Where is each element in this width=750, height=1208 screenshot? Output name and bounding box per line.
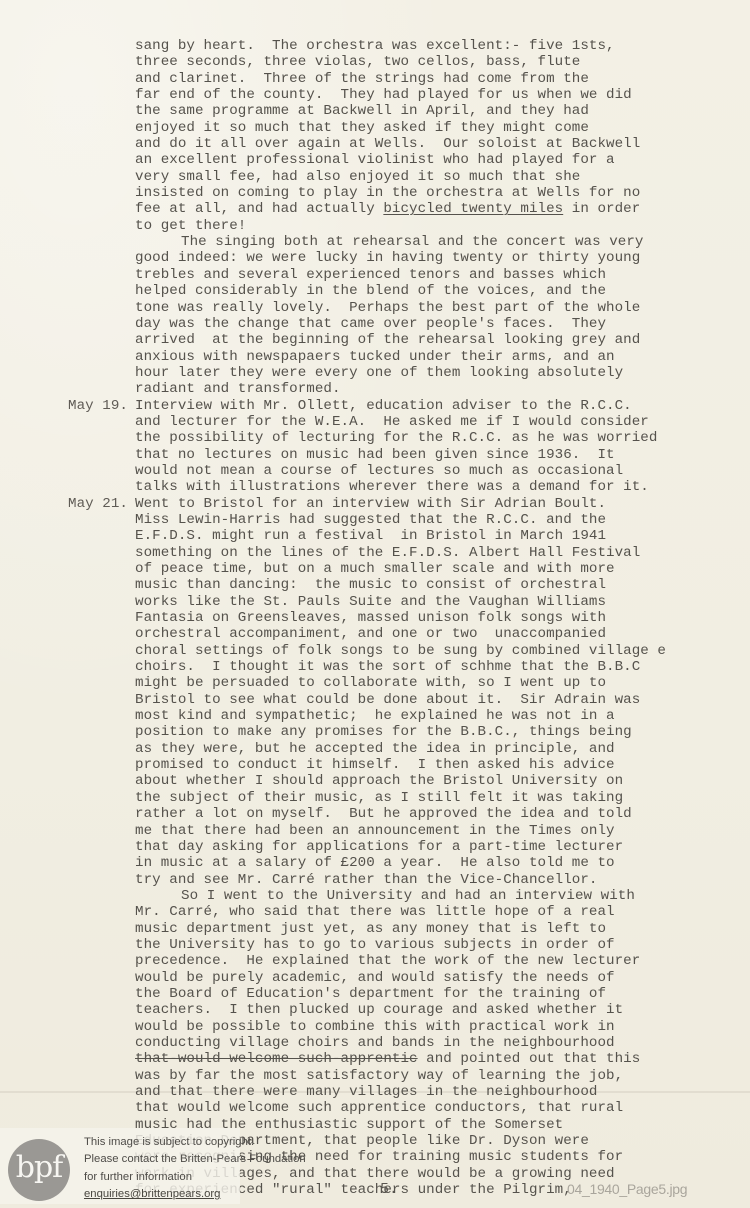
line-text: the Board of Education's department for …	[135, 986, 606, 1002]
text-line: and clarinet. Three of the strings had c…	[135, 71, 725, 87]
text-line: radiant and transformed.	[135, 381, 725, 397]
line-text: and pointed out that this	[418, 1051, 641, 1067]
text-line: arrived at the beginning of the rehearsa…	[135, 332, 725, 348]
text-line: of peace time, but on a much smaller sca…	[135, 561, 725, 577]
text-line: the University has to go to various subj…	[135, 937, 725, 953]
line-text: fee at all, and had actually	[135, 201, 383, 217]
text-line: Mr. Carré, who said that there was littl…	[135, 904, 725, 920]
text-line: in music at a salary of £200 a year. He …	[135, 855, 725, 871]
underlined-text: bicycled twenty miles	[383, 201, 563, 217]
text-line: promised to conduct it himself. I then a…	[135, 757, 725, 773]
line-text: Went to Bristol for an interview with Si…	[135, 496, 606, 512]
line-text: position to make any promises for the B.…	[135, 724, 632, 740]
line-text: would be purely academic, and would sati…	[135, 970, 615, 986]
line-text: about whether I should approach the Bris…	[135, 773, 623, 789]
line-text: teachers. I then plucked up courage and …	[135, 1002, 623, 1018]
line-text: tone was really lovely. Perhaps the best…	[135, 300, 640, 316]
line-text: E.F.D.S. might run a festival in Bristol…	[135, 528, 606, 544]
text-line: fee at all, and had actually bicycled tw…	[135, 201, 725, 217]
line-text: to get there!	[135, 218, 246, 234]
text-line: would be possible to combine this with p…	[135, 1019, 725, 1035]
text-line: try and see Mr. Carré rather than the Vi…	[135, 872, 725, 888]
line-text: The singing both at rehearsal and the co…	[181, 234, 643, 250]
line-text: good indeed: we were lucky in having twe…	[135, 250, 640, 266]
line-text: Mr. Carré, who said that there was littl…	[135, 904, 615, 920]
line-text: and do it all over again at Wells. Our s…	[135, 136, 640, 152]
line-text: radiant and transformed.	[135, 381, 341, 397]
line-text: precedence. He explained that the work o…	[135, 953, 640, 969]
text-line: conducting village choirs and bands in t…	[135, 1035, 725, 1051]
line-text: choirs. I thought it was the sort of sch…	[135, 659, 640, 675]
text-line: that day asking for applications for a p…	[135, 839, 725, 855]
line-text: orchestral accompaniment, and one or two…	[135, 626, 606, 642]
text-line: So I went to the University and had an i…	[135, 888, 725, 904]
text-line: and that there were many villages in the…	[135, 1084, 725, 1100]
copyright-line-2: Please contact the Britten-Pears Foundat…	[84, 1151, 306, 1168]
text-line: Miss Lewin-Harris had suggested that the…	[135, 512, 725, 528]
text-line: music department just yet, as any money …	[135, 921, 725, 937]
line-text: as they were, but he accepted the idea i…	[135, 741, 615, 757]
line-text: would be possible to combine this with p…	[135, 1019, 615, 1035]
text-line: to get there!	[135, 218, 725, 234]
text-line: May 21.Went to Bristol for an interview …	[135, 496, 725, 512]
line-text: enjoyed it so much that they asked if th…	[135, 120, 589, 136]
diary-date: May 21.	[68, 496, 128, 512]
line-text: works like the St. Pauls Suite and the V…	[135, 594, 606, 610]
enquiries-email-link[interactable]: enquiries@brittenpears.org	[84, 1186, 306, 1203]
line-text: me that there had been an announcement i…	[135, 823, 615, 839]
line-text: might be persuaded to collaborate with, …	[135, 675, 606, 691]
line-text: conducting village choirs and bands in t…	[135, 1035, 615, 1051]
line-text: most kind and sympathetic; he explained …	[135, 708, 615, 724]
text-line: the subject of their music, as I still f…	[135, 790, 725, 806]
line-text: was by far the most satisfactory way of …	[135, 1068, 623, 1084]
text-line: orchestral accompaniment, and one or two…	[135, 626, 725, 642]
struck-through-text: that-would welcome such-apprentic	[135, 1051, 418, 1067]
text-line: most kind and sympathetic; he explained …	[135, 708, 725, 724]
text-line: that no lectures on music had been given…	[135, 447, 725, 463]
text-line: and do it all over again at Wells. Our s…	[135, 136, 725, 152]
text-line: me that there had been an announcement i…	[135, 823, 725, 839]
line-text: that would welcome such apprentice condu…	[135, 1100, 623, 1116]
copyright-line-3: for further information	[84, 1169, 306, 1186]
text-line: very small fee, had also enjoyed it so m…	[135, 169, 725, 185]
text-line: rather a lot on myself. But he approved …	[135, 806, 725, 822]
text-line: might be persuaded to collaborate with, …	[135, 675, 725, 691]
text-line: the same programme at Backwell in April,…	[135, 103, 725, 119]
line-text: helped considerably in the blend of the …	[135, 283, 606, 299]
text-line: far end of the county. They had played f…	[135, 87, 725, 103]
text-line: choral settings of folk songs to be sung…	[135, 643, 725, 659]
typewritten-body: sang by heart. The orchestra was excelle…	[135, 38, 725, 1198]
text-line: as they were, but he accepted the idea i…	[135, 741, 725, 757]
copyright-line-1: This image is subject to copyright.	[84, 1134, 306, 1151]
text-line: would not mean a course of lectures so m…	[135, 463, 725, 479]
text-line: Fantasia on Greensleaves, massed unison …	[135, 610, 725, 626]
text-line: insisted on coming to play in the orches…	[135, 185, 725, 201]
line-text: Interview with Mr. Ollett, education adv…	[135, 398, 632, 414]
text-line: good indeed: we were lucky in having twe…	[135, 250, 725, 266]
line-text: the same programme at Backwell in April,…	[135, 103, 589, 119]
text-line: position to make any promises for the B.…	[135, 724, 725, 740]
text-line: tone was really lovely. Perhaps the best…	[135, 300, 725, 316]
line-text: insisted on coming to play in the orches…	[135, 185, 640, 201]
bpf-logo: bpf	[8, 1139, 70, 1201]
text-line: and lecturer for the W.E.A. He asked me …	[135, 414, 725, 430]
copyright-notice-text: This image is subject to copyright. Plea…	[84, 1134, 306, 1204]
text-line: the possibility of lecturing for the R.C…	[135, 430, 725, 446]
line-text: in music at a salary of £200 a year. He …	[135, 855, 615, 871]
text-line: The singing both at rehearsal and the co…	[135, 234, 725, 250]
text-line: three seconds, three violas, two cellos,…	[135, 54, 725, 70]
text-line: was by far the most satisfactory way of …	[135, 1068, 725, 1084]
text-line: Bristol to see what could be done about …	[135, 692, 725, 708]
text-line: about whether I should approach the Bris…	[135, 773, 725, 789]
line-text: arrived at the beginning of the rehearsa…	[135, 332, 640, 348]
text-line: precedence. He explained that the work o…	[135, 953, 725, 969]
text-line: choirs. I thought it was the sort of sch…	[135, 659, 725, 675]
line-text: music department just yet, as any money …	[135, 921, 606, 937]
line-text: So I went to the University and had an i…	[181, 888, 635, 904]
line-text: trebles and several experienced tenors a…	[135, 267, 606, 283]
line-text: rather a lot on myself. But he approved …	[135, 806, 632, 822]
line-text: would not mean a course of lectures so m…	[135, 463, 623, 479]
text-line: day was the change that came over people…	[135, 316, 725, 332]
text-line: that-would welcome such-apprentic and po…	[135, 1051, 725, 1067]
text-line: music than dancing: the music to consist…	[135, 577, 725, 593]
line-text: hour later they were every one of them l…	[135, 365, 623, 381]
line-text: Miss Lewin-Harris had suggested that the…	[135, 512, 606, 528]
line-text: Bristol to see what could be done about …	[135, 692, 640, 708]
line-text: anxious with newspapaers tucked under th…	[135, 349, 615, 365]
line-text: that no lectures on music had been given…	[135, 447, 615, 463]
line-text: music than dancing: the music to consist…	[135, 577, 606, 593]
image-filename: 04_1940_Page5.jpg	[567, 1181, 687, 1197]
line-text: of peace time, but on a much smaller sca…	[135, 561, 615, 577]
line-text: an excellent professional violinist who …	[135, 152, 615, 168]
line-text: and lecturer for the W.E.A. He asked me …	[135, 414, 649, 430]
line-text: and that there were many villages in the…	[135, 1084, 597, 1100]
line-text: something on the lines of the E.F.D.S. A…	[135, 545, 640, 561]
text-line: May 19.Interview with Mr. Ollett, educat…	[135, 398, 725, 414]
page-number: 5.	[380, 1181, 398, 1198]
line-text: the possibility of lecturing for the R.C…	[135, 430, 657, 446]
text-line: an excellent professional violinist who …	[135, 152, 725, 168]
line-text: far end of the county. They had played f…	[135, 87, 632, 103]
text-line: trebles and several experienced tenors a…	[135, 267, 725, 283]
text-line: anxious with newspapaers tucked under th…	[135, 349, 725, 365]
line-text: and clarinet. Three of the strings had c…	[135, 71, 589, 87]
text-line: would be purely academic, and would sati…	[135, 970, 725, 986]
text-line: works like the St. Pauls Suite and the V…	[135, 594, 725, 610]
document-page: sang by heart. The orchestra was excelle…	[0, 0, 750, 1208]
line-text: Fantasia on Greensleaves, massed unison …	[135, 610, 606, 626]
diary-date: May 19.	[68, 398, 128, 414]
line-text: that day asking for applications for a p…	[135, 839, 623, 855]
text-line: helped considerably in the blend of the …	[135, 283, 725, 299]
line-text: in order	[563, 201, 640, 217]
line-text: try and see Mr. Carré rather than the Vi…	[135, 872, 597, 888]
line-text: choral settings of folk songs to be sung…	[135, 643, 666, 659]
text-line: E.F.D.S. might run a festival in Bristol…	[135, 528, 725, 544]
line-text: talks with illustrations wherever there …	[135, 479, 649, 495]
text-line: hour later they were every one of them l…	[135, 365, 725, 381]
line-text: promised to conduct it himself. I then a…	[135, 757, 615, 773]
text-line: sang by heart. The orchestra was excelle…	[135, 38, 725, 54]
line-text: the subject of their music, as I still f…	[135, 790, 623, 806]
text-line: talks with illustrations wherever there …	[135, 479, 725, 495]
line-text: the University has to go to various subj…	[135, 937, 615, 953]
text-line: enjoyed it so much that they asked if th…	[135, 120, 725, 136]
line-text: very small fee, had also enjoyed it so m…	[135, 169, 580, 185]
text-line: something on the lines of the E.F.D.S. A…	[135, 545, 725, 561]
text-line: teachers. I then plucked up courage and …	[135, 1002, 725, 1018]
text-line: that would welcome such apprentice condu…	[135, 1100, 725, 1116]
text-line: the Board of Education's department for …	[135, 986, 725, 1002]
line-text: three seconds, three violas, two cellos,…	[135, 54, 580, 70]
line-text: day was the change that came over people…	[135, 316, 606, 332]
line-text: sang by heart. The orchestra was excelle…	[135, 38, 615, 54]
